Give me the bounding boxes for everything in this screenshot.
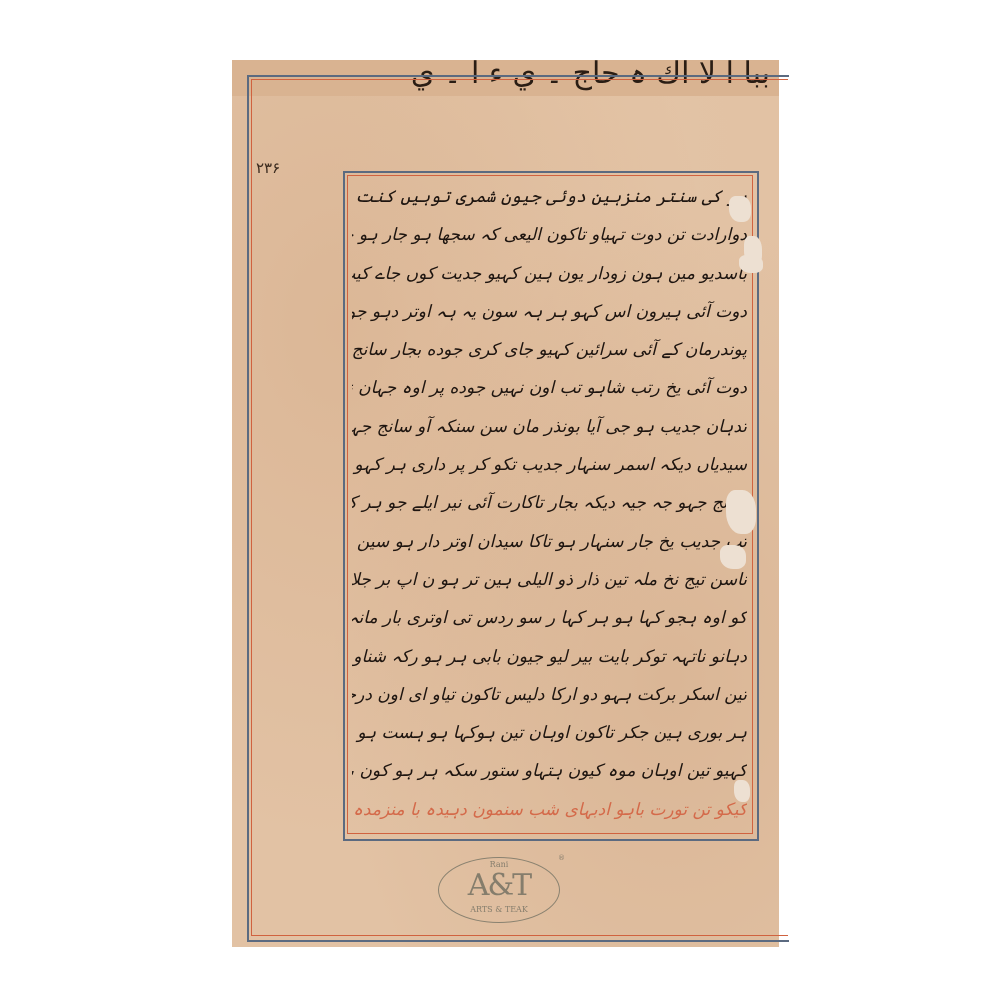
- text-line-1: ہر کی سنتر منزہین دوئی جیون شمری توہیں ک…: [352, 178, 747, 216]
- watermark-logo: Rani A&T ARTS & TEAK ®: [438, 857, 560, 923]
- text-line-13: دہانو ناتہہ توکر بایت بیر لیو جیون بابی …: [352, 638, 747, 676]
- text-line-5: پوندرمان کے آئی سرائین کہیو جای کری جوده…: [352, 331, 747, 369]
- text-line-2: دوارادت تن دوت تہیاو تاکون الیعی کہ سجھا…: [352, 216, 747, 254]
- watermark-name: ARTS & TEAK: [439, 905, 559, 914]
- paper-tear-patch: [734, 780, 750, 802]
- paper-tear-patch: [720, 545, 746, 569]
- text-block: ہر کی سنتر منزہین دوئی جیون شمری توہیں ک…: [352, 178, 747, 830]
- text-line-3: باسدیو مین ہون زودار یون ہین کہیو جدیت ک…: [352, 255, 747, 293]
- paper-tear-patch: [726, 490, 756, 534]
- text-line-9: سانج جہو جہ جیہ دیکہ بجار تاکارت آئی نیر…: [352, 484, 747, 522]
- text-line-17-rubric: کیکو تن تورت باہو ادبہای شب سنمون دہیدہ …: [352, 791, 747, 829]
- text-line-7: تدہان جدیب ہو جی آیا بونذر مان سن سنکہ آ…: [352, 408, 747, 446]
- text-line-8: سیدیاں دیکہ اسمر سنہار جدیب تکو کر پر دا…: [352, 446, 747, 484]
- text-line-15: ہر بوری ہین جکر تاکون اوہان تین ہوکہا ہو…: [352, 714, 747, 752]
- folio-number: ۲۳۶: [256, 159, 280, 177]
- paper-tear-patch: [739, 255, 763, 273]
- paper-tear-patch: [729, 196, 751, 222]
- watermark-monogram: A&T: [439, 868, 559, 903]
- manuscript-page: ببا ا لا اك ہ حاج ۔ ي ء ا ۔ ي ۲۳۶ ہر کی …: [232, 60, 779, 947]
- text-line-16: کہیو تین اوہان موہ کیون ہتہاو ستور سکہ ہ…: [352, 752, 747, 790]
- text-line-10: تب جدیب یخ جار سنہار ہو تاکا سیدان اوتر …: [352, 523, 747, 561]
- registered-mark: ®: [558, 854, 565, 862]
- text-line-11: ناسن تیج نخ ملہ تین ذار ذو الیلی ہین تر …: [352, 561, 747, 599]
- text-line-14: تین اسکر برکت ہہو دو ارکا دلیس تاکون تیا…: [352, 676, 747, 714]
- text-line-12: کو اوہ ہجو کہا ہو ہر کہا ر سو ردس تی اوت…: [352, 599, 747, 637]
- text-line-4: دوت آئی ہیرون اس کہو ہر ہہ سون یہ ہہ اوت…: [352, 293, 747, 331]
- text-line-6: دوت آئی یخ رتب شاہو تب اون نہیں جوده پر …: [352, 369, 747, 407]
